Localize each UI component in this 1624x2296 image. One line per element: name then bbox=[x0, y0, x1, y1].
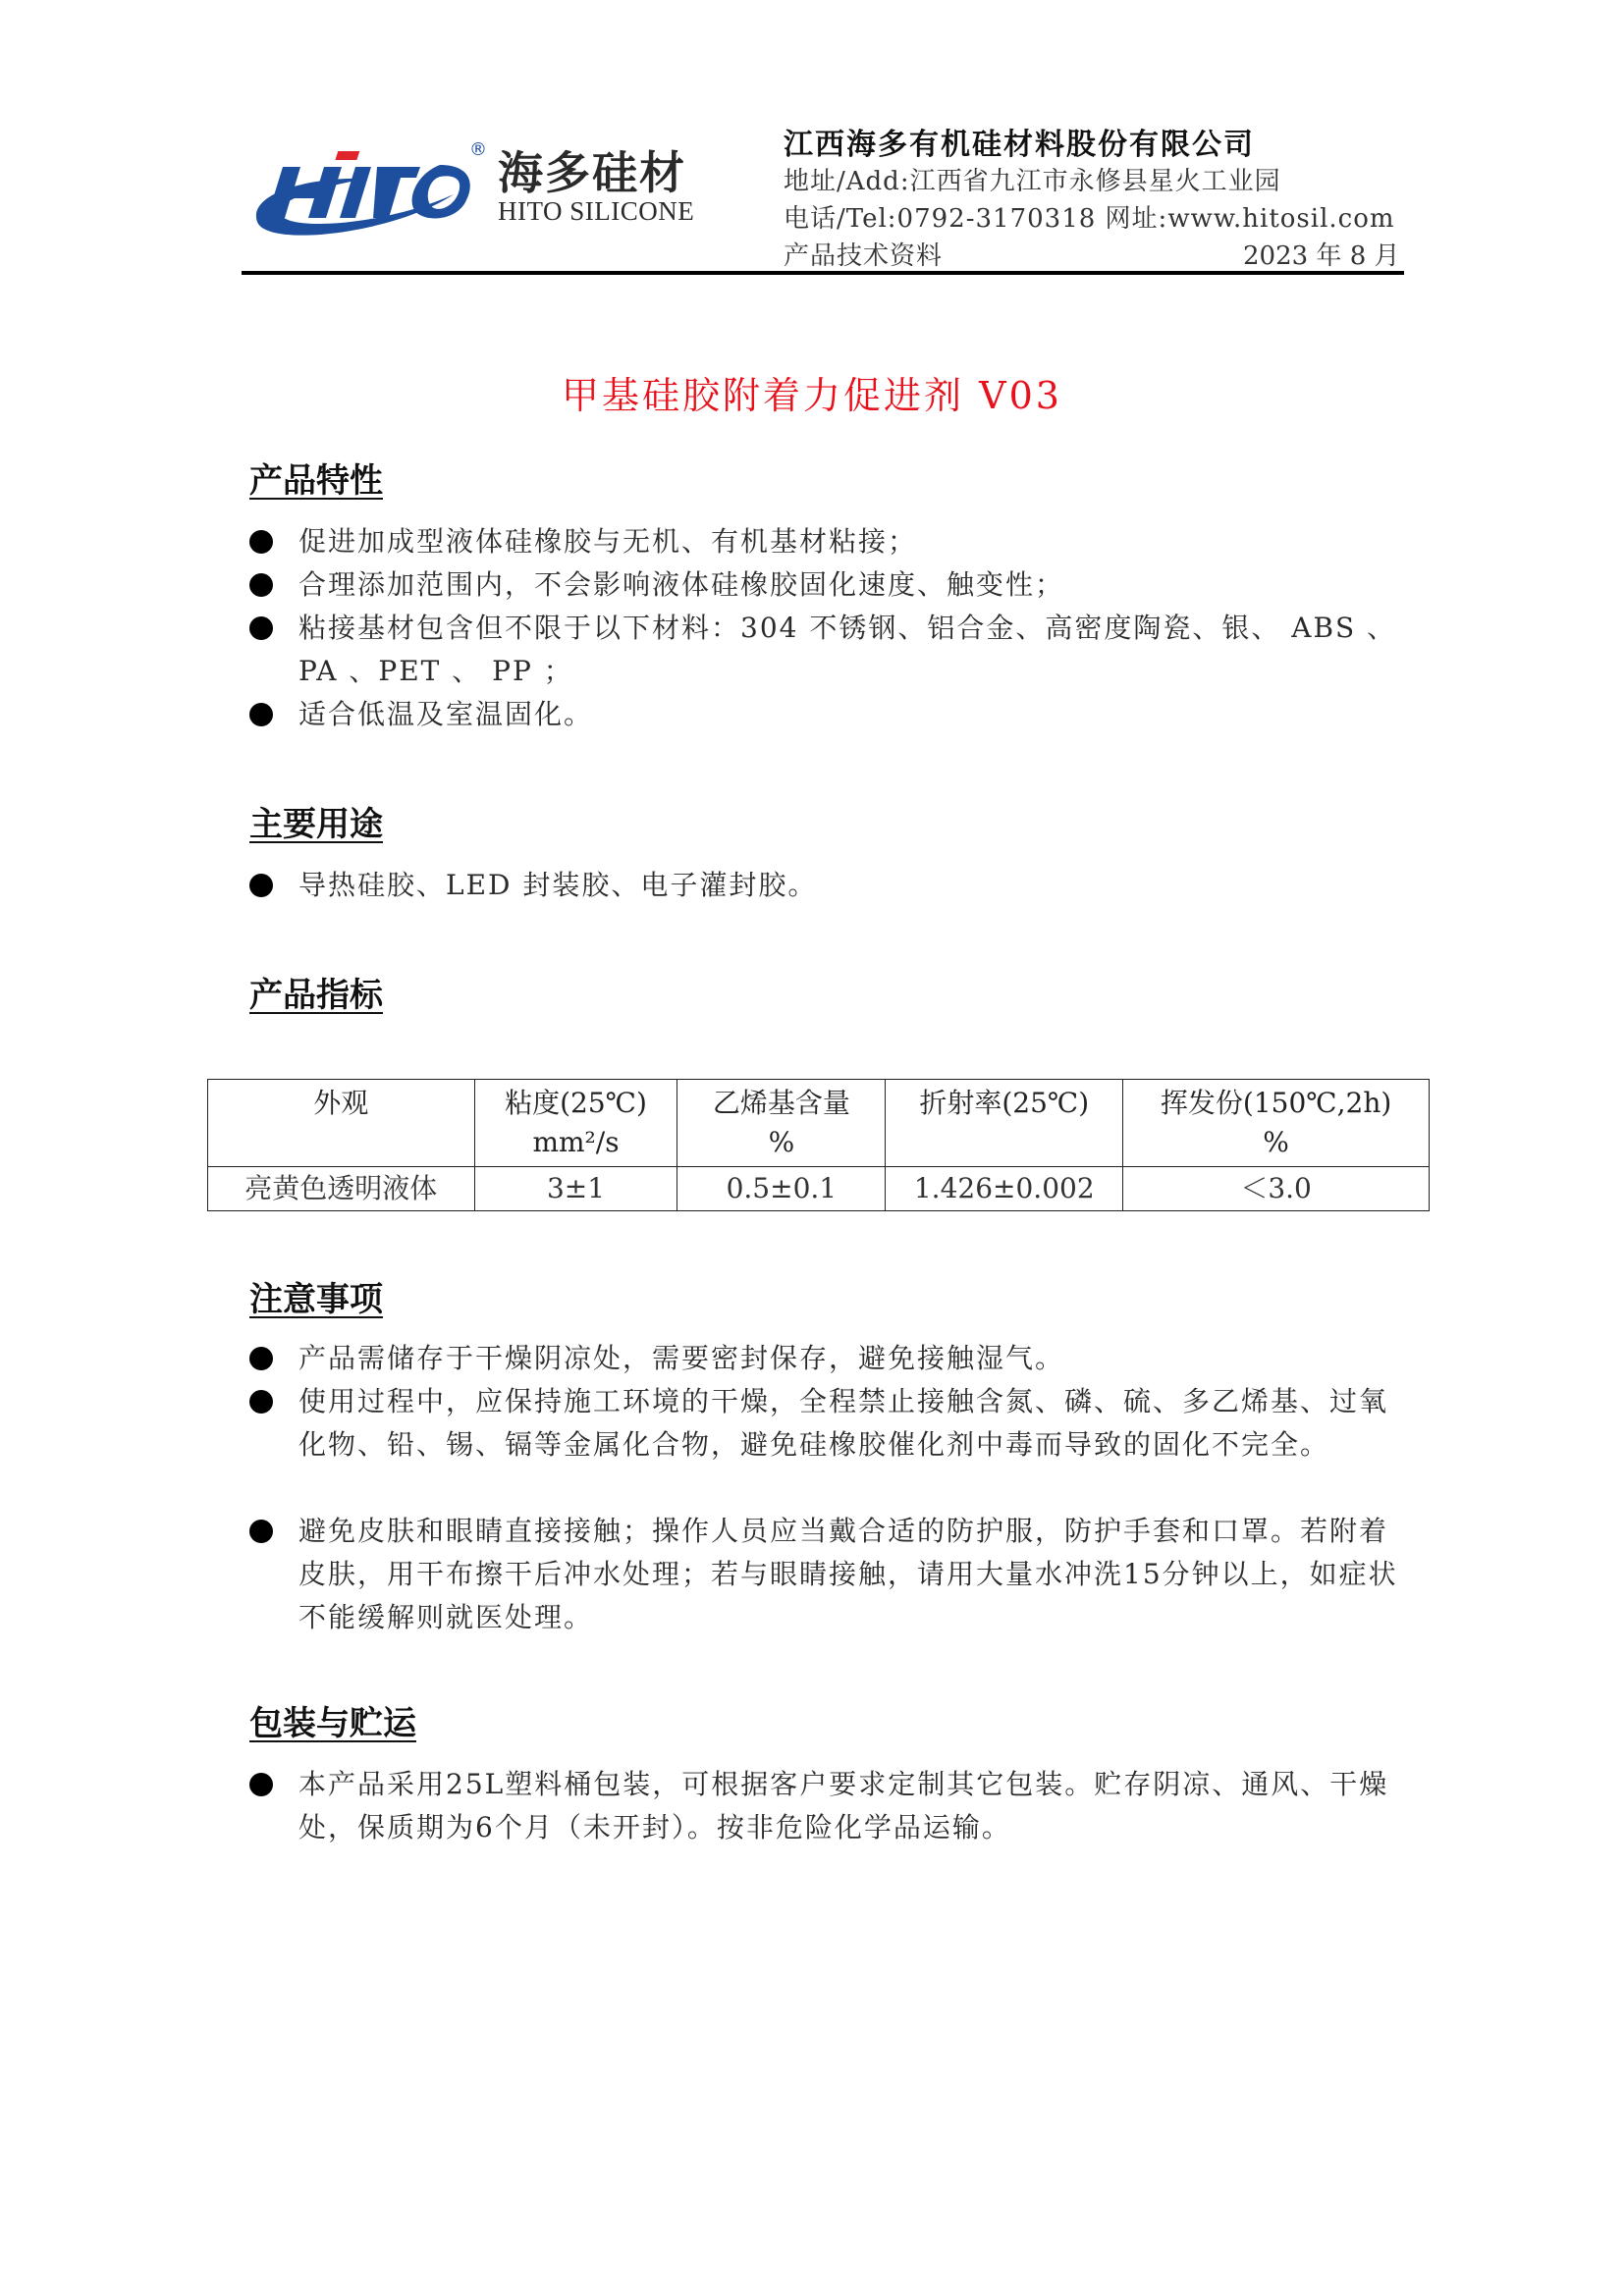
logo-name-en: HITO SILICONE bbox=[498, 196, 694, 227]
list-item: 避免皮肤和眼睛直接接触；操作人员应当戴合适的防护服，防护手套和口罩。若附着皮肤，… bbox=[249, 1510, 1408, 1639]
registered-mark: ® bbox=[469, 139, 487, 160]
table-row: 亮黄色透明液体 3±1 0.5±0.1 1.426±0.002 ＜3.0 bbox=[208, 1167, 1430, 1211]
bullet-icon bbox=[249, 1773, 273, 1796]
column-header: 外观 bbox=[208, 1080, 475, 1167]
list-item: 合理添加范围内，不会影响液体硅橡胶固化速度、触变性； bbox=[249, 563, 1408, 607]
column-header: 粘度(25℃)mm²/s bbox=[474, 1080, 677, 1167]
list-item: 本产品采用25L塑料桶包装，可根据客户要求定制其它包装。贮存阴凉、通风、干燥处，… bbox=[249, 1763, 1408, 1849]
spec-table: 外观 粘度(25℃)mm²/s 乙烯基含量% 折射率(25℃) 挥发份(150℃… bbox=[207, 1079, 1430, 1211]
bullet-icon bbox=[249, 1390, 273, 1414]
bullet-icon bbox=[249, 1520, 273, 1543]
bullet-icon bbox=[249, 530, 273, 554]
column-header: 乙烯基含量% bbox=[677, 1080, 886, 1167]
section-heading-packaging: 包装与贮运 bbox=[249, 1696, 416, 1744]
table-cell: 亮黄色透明液体 bbox=[208, 1167, 475, 1211]
section-heading-specs: 产品指标 bbox=[249, 968, 383, 1016]
list-item: 导热硅胶、LED 封装胶、电子灌封胶。 bbox=[249, 864, 1408, 907]
table-cell: 3±1 bbox=[474, 1167, 677, 1211]
list-item: 适合低温及室温固化。 bbox=[249, 693, 1408, 736]
header-divider bbox=[242, 271, 1404, 275]
list-item: 促进加成型液体硅橡胶与无机、有机基材粘接； bbox=[249, 520, 1408, 563]
logo-name-cn: 海多硅材 bbox=[498, 137, 686, 202]
column-header: 折射率(25℃) bbox=[886, 1080, 1123, 1167]
company-address: 地址/Add:江西省九江市永修县星火工业园 bbox=[784, 161, 1281, 197]
table-cell: ＜3.0 bbox=[1123, 1167, 1430, 1211]
table-cell: 0.5±0.1 bbox=[677, 1167, 886, 1211]
company-logo: ® 海多硅材 HITO SILICONE bbox=[247, 116, 709, 243]
hito-logo-icon bbox=[247, 116, 483, 243]
column-header: 挥发份(150℃,2h)% bbox=[1123, 1080, 1430, 1167]
section-heading-cautions: 注意事项 bbox=[249, 1272, 383, 1320]
table-cell: 1.426±0.002 bbox=[886, 1167, 1123, 1211]
list-item: 粘接基材包含但不限于以下材料：304 不锈钢、铝合金、高密度陶瓷、银、 ABS … bbox=[249, 607, 1418, 693]
document-type: 产品技术资料 bbox=[784, 236, 943, 272]
section-heading-uses: 主要用途 bbox=[249, 797, 383, 845]
company-name: 江西海多有机硅材料股份有限公司 bbox=[784, 120, 1255, 163]
bullet-icon bbox=[249, 1347, 273, 1370]
table-header-row: 外观 粘度(25℃)mm²/s 乙烯基含量% 折射率(25℃) 挥发份(150℃… bbox=[208, 1080, 1430, 1167]
list-item: 使用过程中，应保持施工环境的干燥，全程禁止接触含氮、磷、硫、多乙烯基、过氧化物、… bbox=[249, 1380, 1408, 1467]
section-heading-features: 产品特性 bbox=[249, 454, 383, 502]
document-date: 2023 年 8 月 bbox=[1243, 236, 1400, 272]
bullet-icon bbox=[249, 573, 273, 597]
company-contact: 电话/Tel:0792-3170318 网址:www.hitosil.com bbox=[784, 198, 1395, 235]
document-title: 甲基硅胶附着力促进剂 V03 bbox=[0, 365, 1624, 419]
list-item: 产品需储存于干燥阴凉处，需要密封保存，避免接触湿气。 bbox=[249, 1337, 1408, 1380]
bullet-icon bbox=[249, 703, 273, 726]
bullet-icon bbox=[249, 874, 273, 897]
bullet-icon bbox=[249, 616, 273, 640]
